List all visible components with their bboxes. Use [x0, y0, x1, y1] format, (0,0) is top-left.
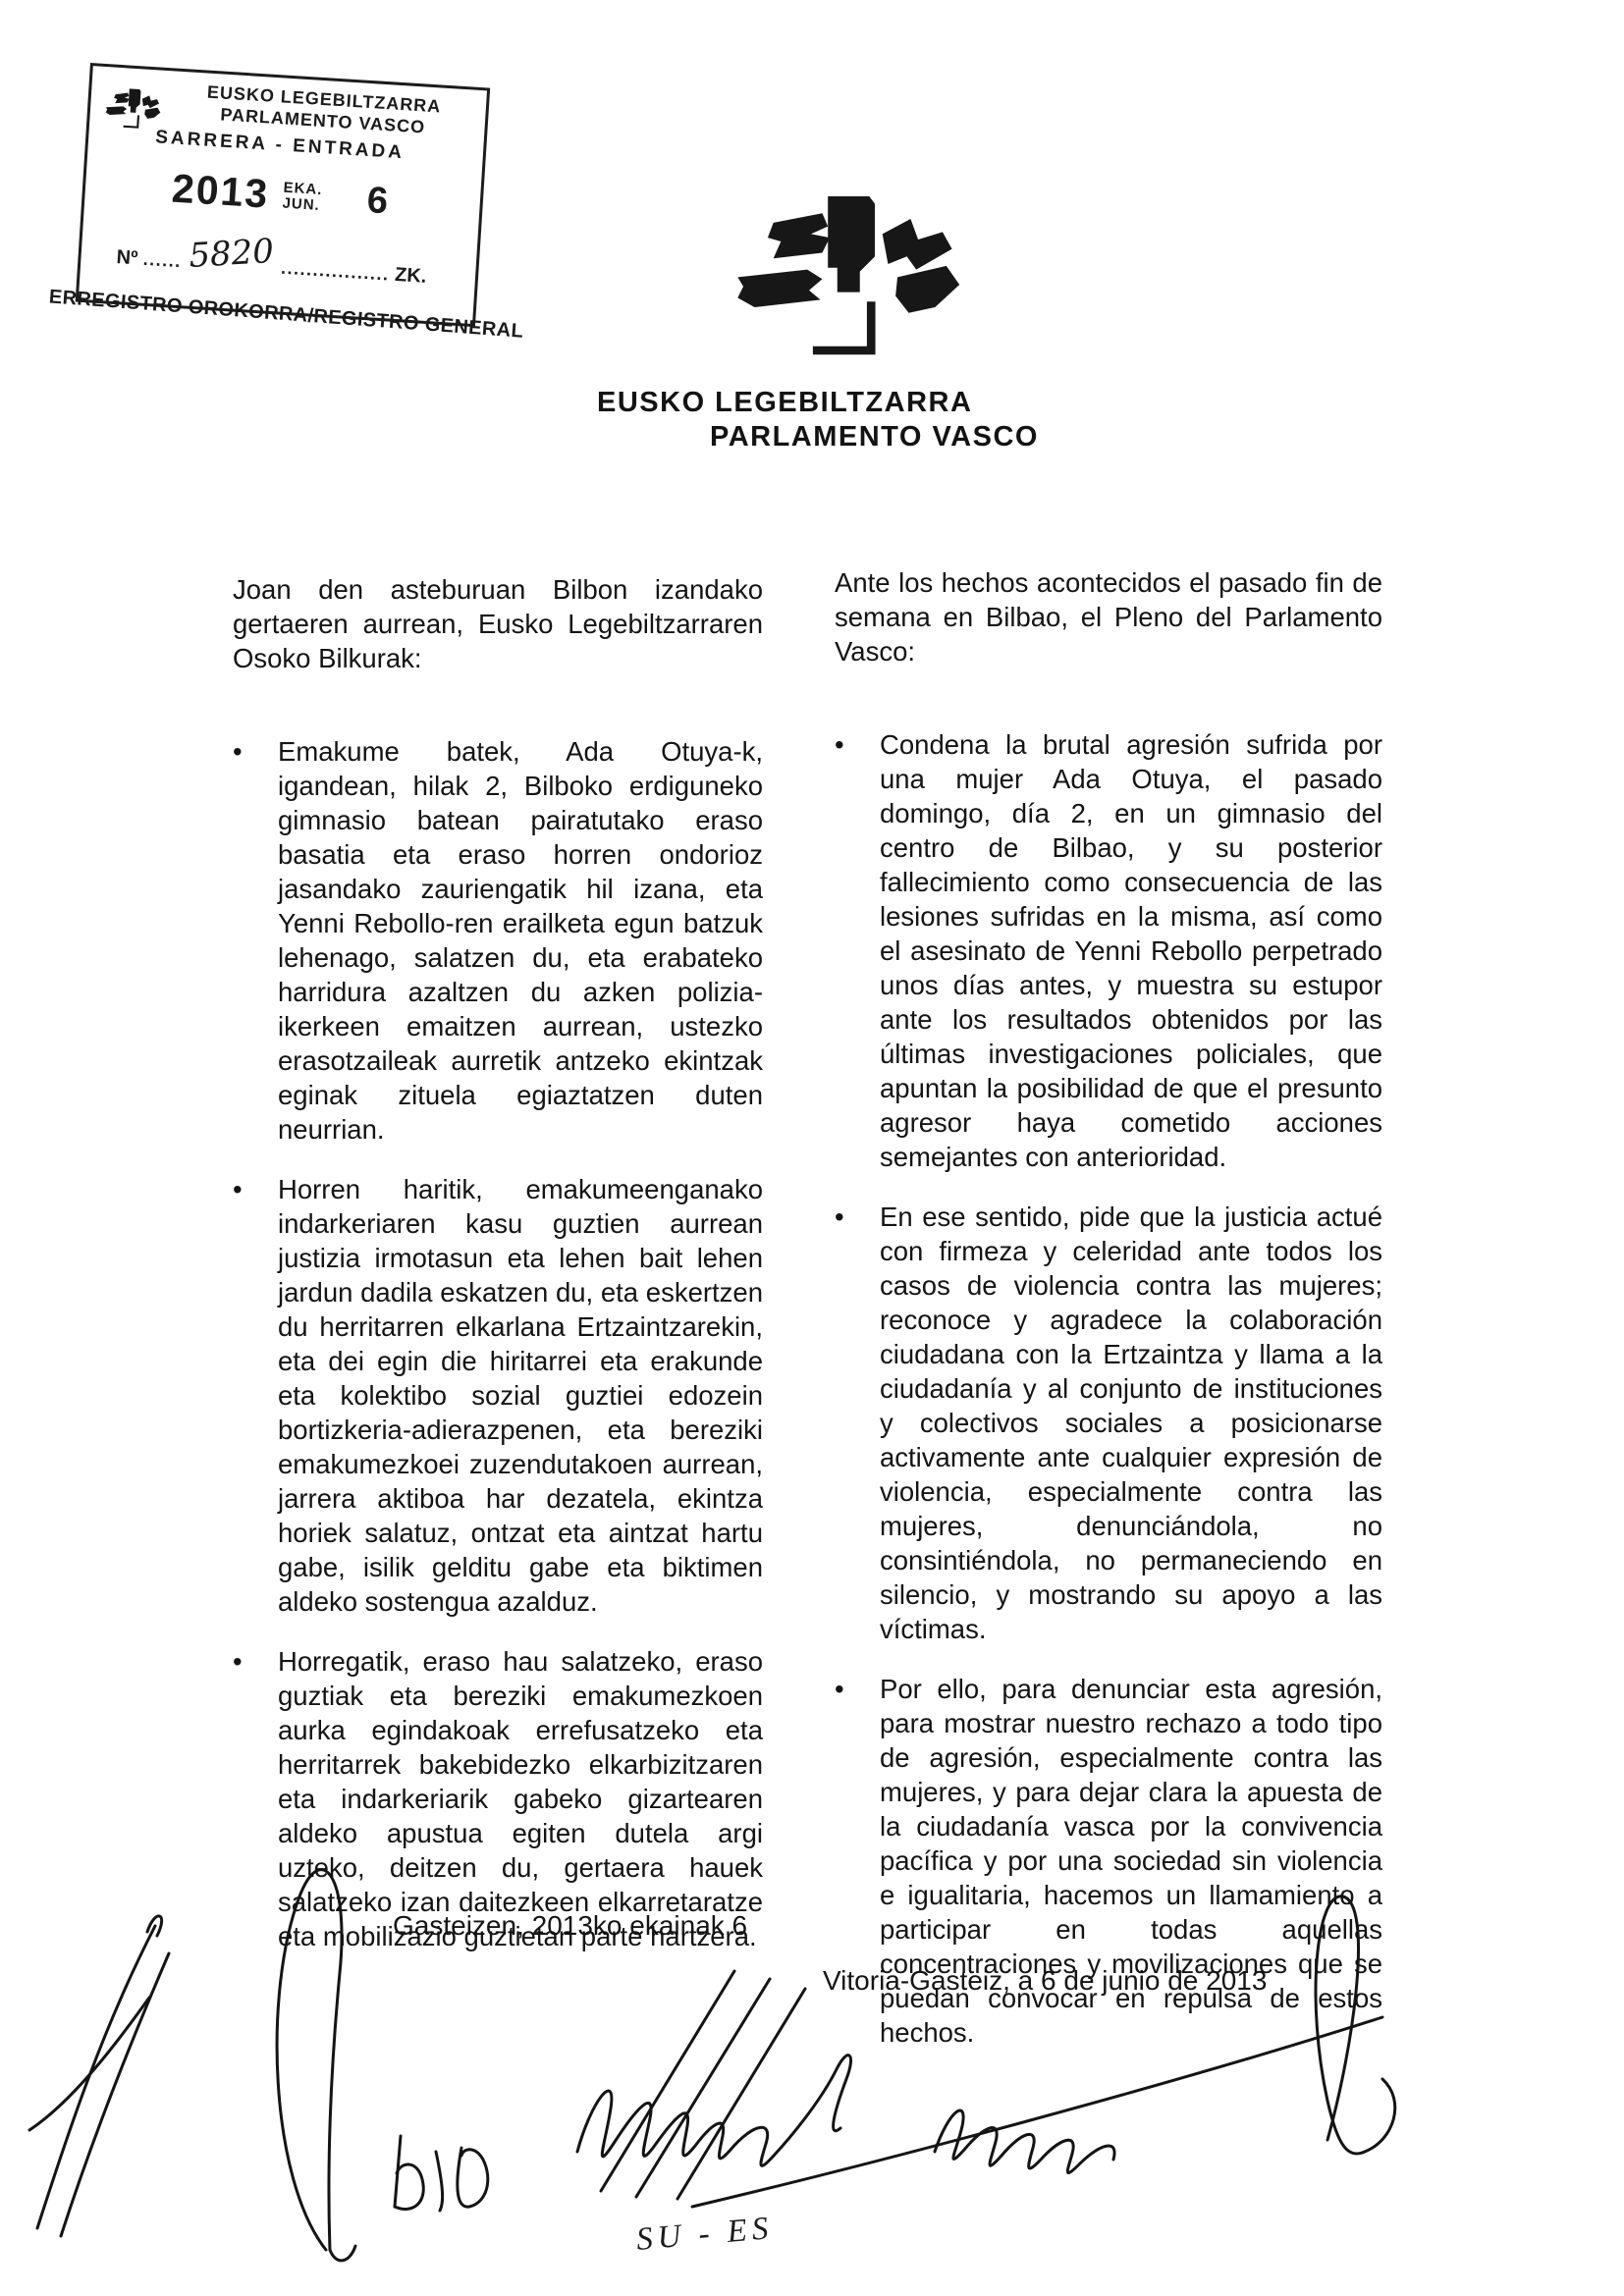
list-item: • Condena la brutal agresión sufrida por…	[835, 727, 1382, 1174]
signature-3	[577, 1971, 851, 2199]
stamp-number-value: 5820	[188, 232, 275, 276]
basque-bullet-list: • Emakume batek, Ada Otuya-k, igandean, …	[233, 734, 763, 1953]
stamp-date: 2013 EKA. JUN. 6	[171, 166, 390, 226]
basque-intro: Joan den asteburuan Bilbon izandako gert…	[233, 572, 763, 675]
basque-bullet-3: Horregatik, eraso hau salatzeko, eraso g…	[278, 1644, 763, 1953]
spanish-column: Ante los hechos acontecidos el pasado fi…	[835, 565, 1382, 2075]
letterhead-title-spanish: PARLAMENTO VASCO	[710, 421, 1100, 454]
parliament-logo-icon	[723, 188, 986, 381]
stamp-number-prefix: Nº	[116, 246, 138, 269]
entry-stamp: EUSKO LEGEBILTZARRA PARLAMENTO VASCO SAR…	[76, 63, 491, 327]
spanish-date-line: Vitoria-Gasteiz, a 6 de junio de 2013	[823, 1965, 1267, 1997]
bullet-icon: •	[233, 1644, 278, 1953]
list-item: • Emakume batek, Ada Otuya-k, igandean, …	[233, 734, 763, 1147]
stamp-number-suffix: ZK.	[394, 264, 427, 288]
signature-1	[29, 1916, 169, 2236]
document-page: EUSKO LEGEBILTZARRA PARLAMENTO VASCO SAR…	[0, 0, 1624, 2296]
basque-bullet-2: Horren haritik, emakumeenganako indarker…	[278, 1172, 763, 1619]
stamp-registry-line: ERREGISTRO OROKORRA/REGISTRO GENERAL	[48, 286, 512, 343]
list-item: • Horren haritik, emakumeenganako indark…	[233, 1172, 763, 1619]
bullet-icon: •	[233, 734, 278, 1147]
letterhead: EUSKO LEGEBILTZARRA PARLAMENTO VASCO	[550, 188, 1100, 454]
stamp-number-dots-left: ......	[142, 249, 182, 271]
basque-column: Joan den asteburuan Bilbon izandako gert…	[233, 572, 763, 1979]
signature-annotation: SU - ES	[635, 2211, 775, 2259]
letterhead-title-basque: EUSKO LEGEBILTZARRA	[597, 387, 1100, 419]
list-item: • Horregatik, eraso hau salatzeko, eraso…	[233, 1644, 763, 1953]
basque-date-line: Gasteizen, 2013ko ekainak 6	[393, 1910, 747, 1942]
stamp-date-year: 2013	[171, 166, 271, 218]
bullet-icon: •	[835, 1200, 880, 1646]
stamp-date-month-es: JUN.	[282, 195, 322, 213]
list-item: • En ese sentido, pide que la justicia a…	[835, 1200, 1382, 1646]
stamp-date-months: EKA. JUN.	[282, 180, 323, 213]
spanish-bullet-2: En ese sentido, pide que la justicia act…	[880, 1200, 1382, 1646]
spanish-bullet-list: • Condena la brutal agresión sufrida por…	[835, 727, 1382, 2050]
spanish-intro: Ante los hechos acontecidos el pasado fi…	[835, 565, 1382, 668]
bullet-icon: •	[835, 727, 880, 1174]
spanish-bullet-1: Condena la brutal agresión sufrida por u…	[880, 727, 1382, 1174]
stamp-registry-number: Nº ...... 5820 ................. ZK.	[116, 233, 428, 292]
basque-bullet-1: Emakume batek, Ada Otuya-k, igandean, hi…	[278, 734, 763, 1147]
stamp-date-day: 6	[365, 180, 389, 223]
bullet-icon: •	[233, 1172, 278, 1619]
stamp-number-dots-right: .................	[281, 258, 391, 285]
